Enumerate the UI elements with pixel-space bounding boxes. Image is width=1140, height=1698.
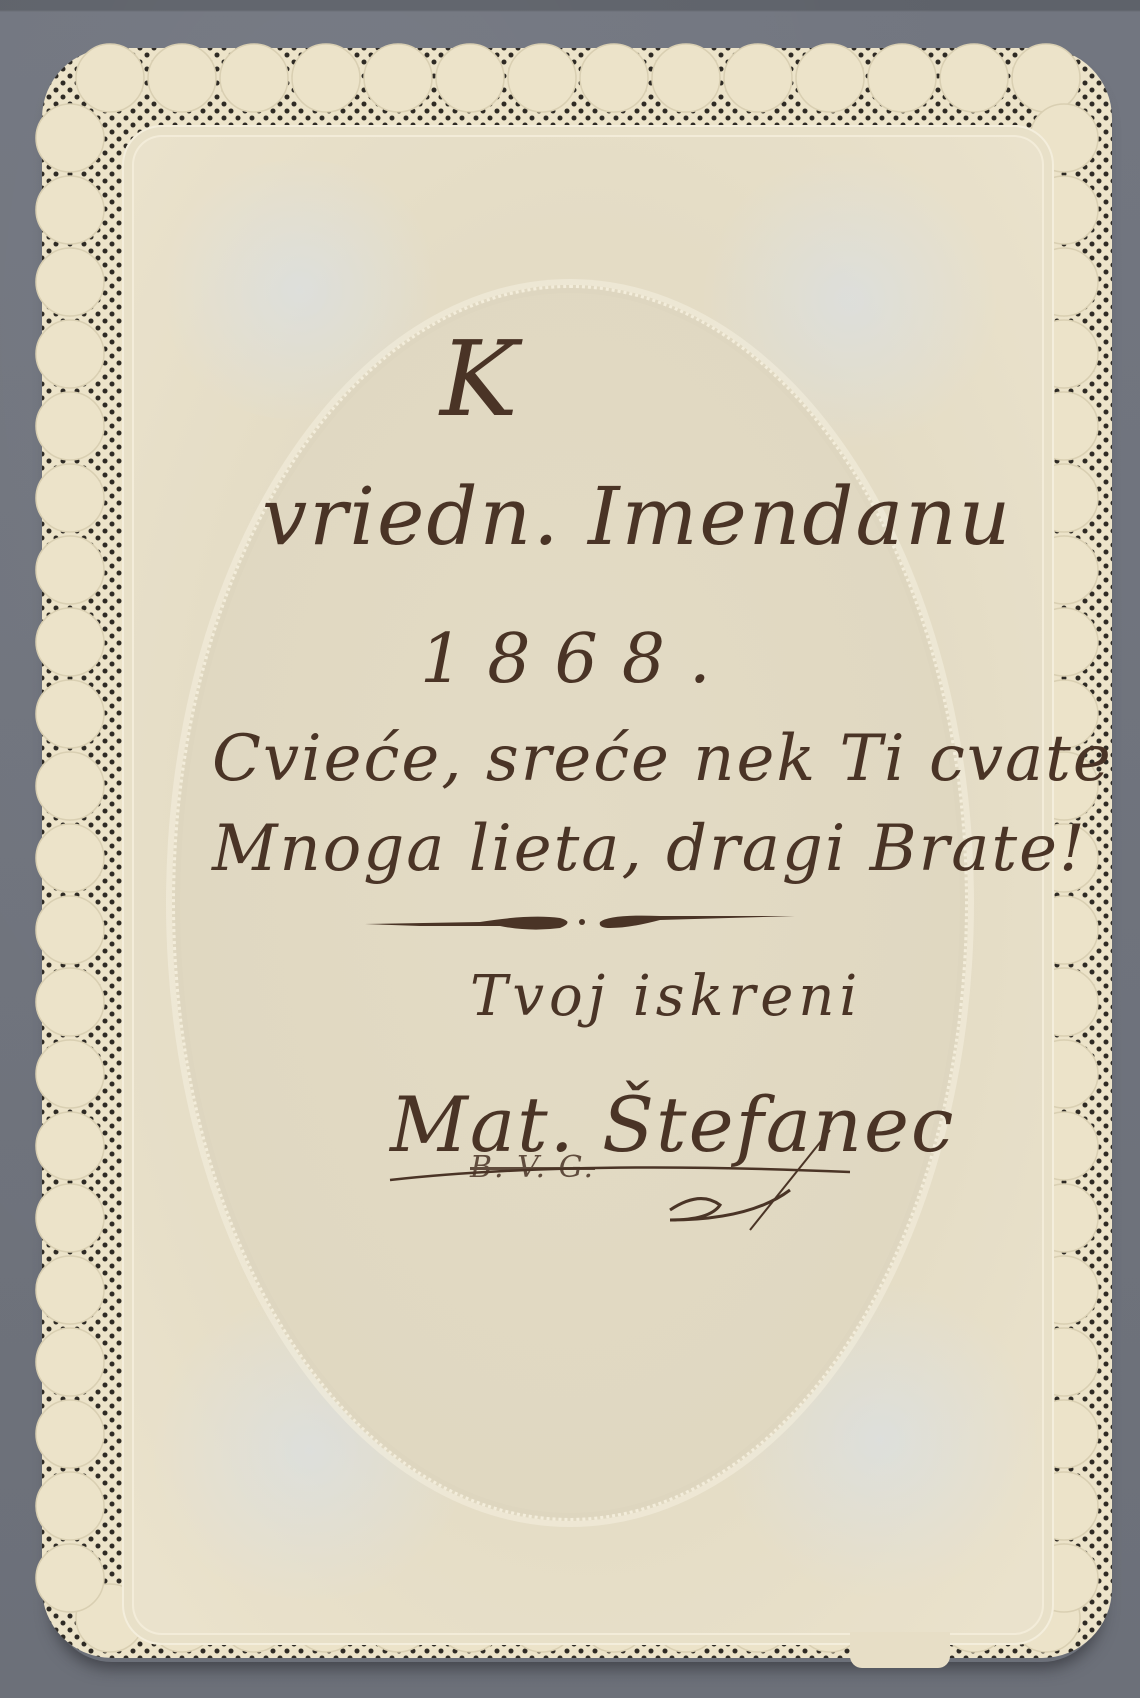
ink-flourish-divider [360,900,800,940]
year-text: 1868. [420,620,735,699]
verse-line-2: Mnoga lieta, dragi Brate! [212,812,1087,886]
dedication-text: vriedn. Imendanu [262,470,1012,563]
signature-flourish [370,1120,890,1240]
verse-line-1: Cvieće, sreće nek Ti cvate [212,722,1113,796]
closing-text: Tvoj iskreni [470,964,862,1029]
salutation-text: K [440,318,520,440]
lace-tab-bottom [850,1632,950,1668]
